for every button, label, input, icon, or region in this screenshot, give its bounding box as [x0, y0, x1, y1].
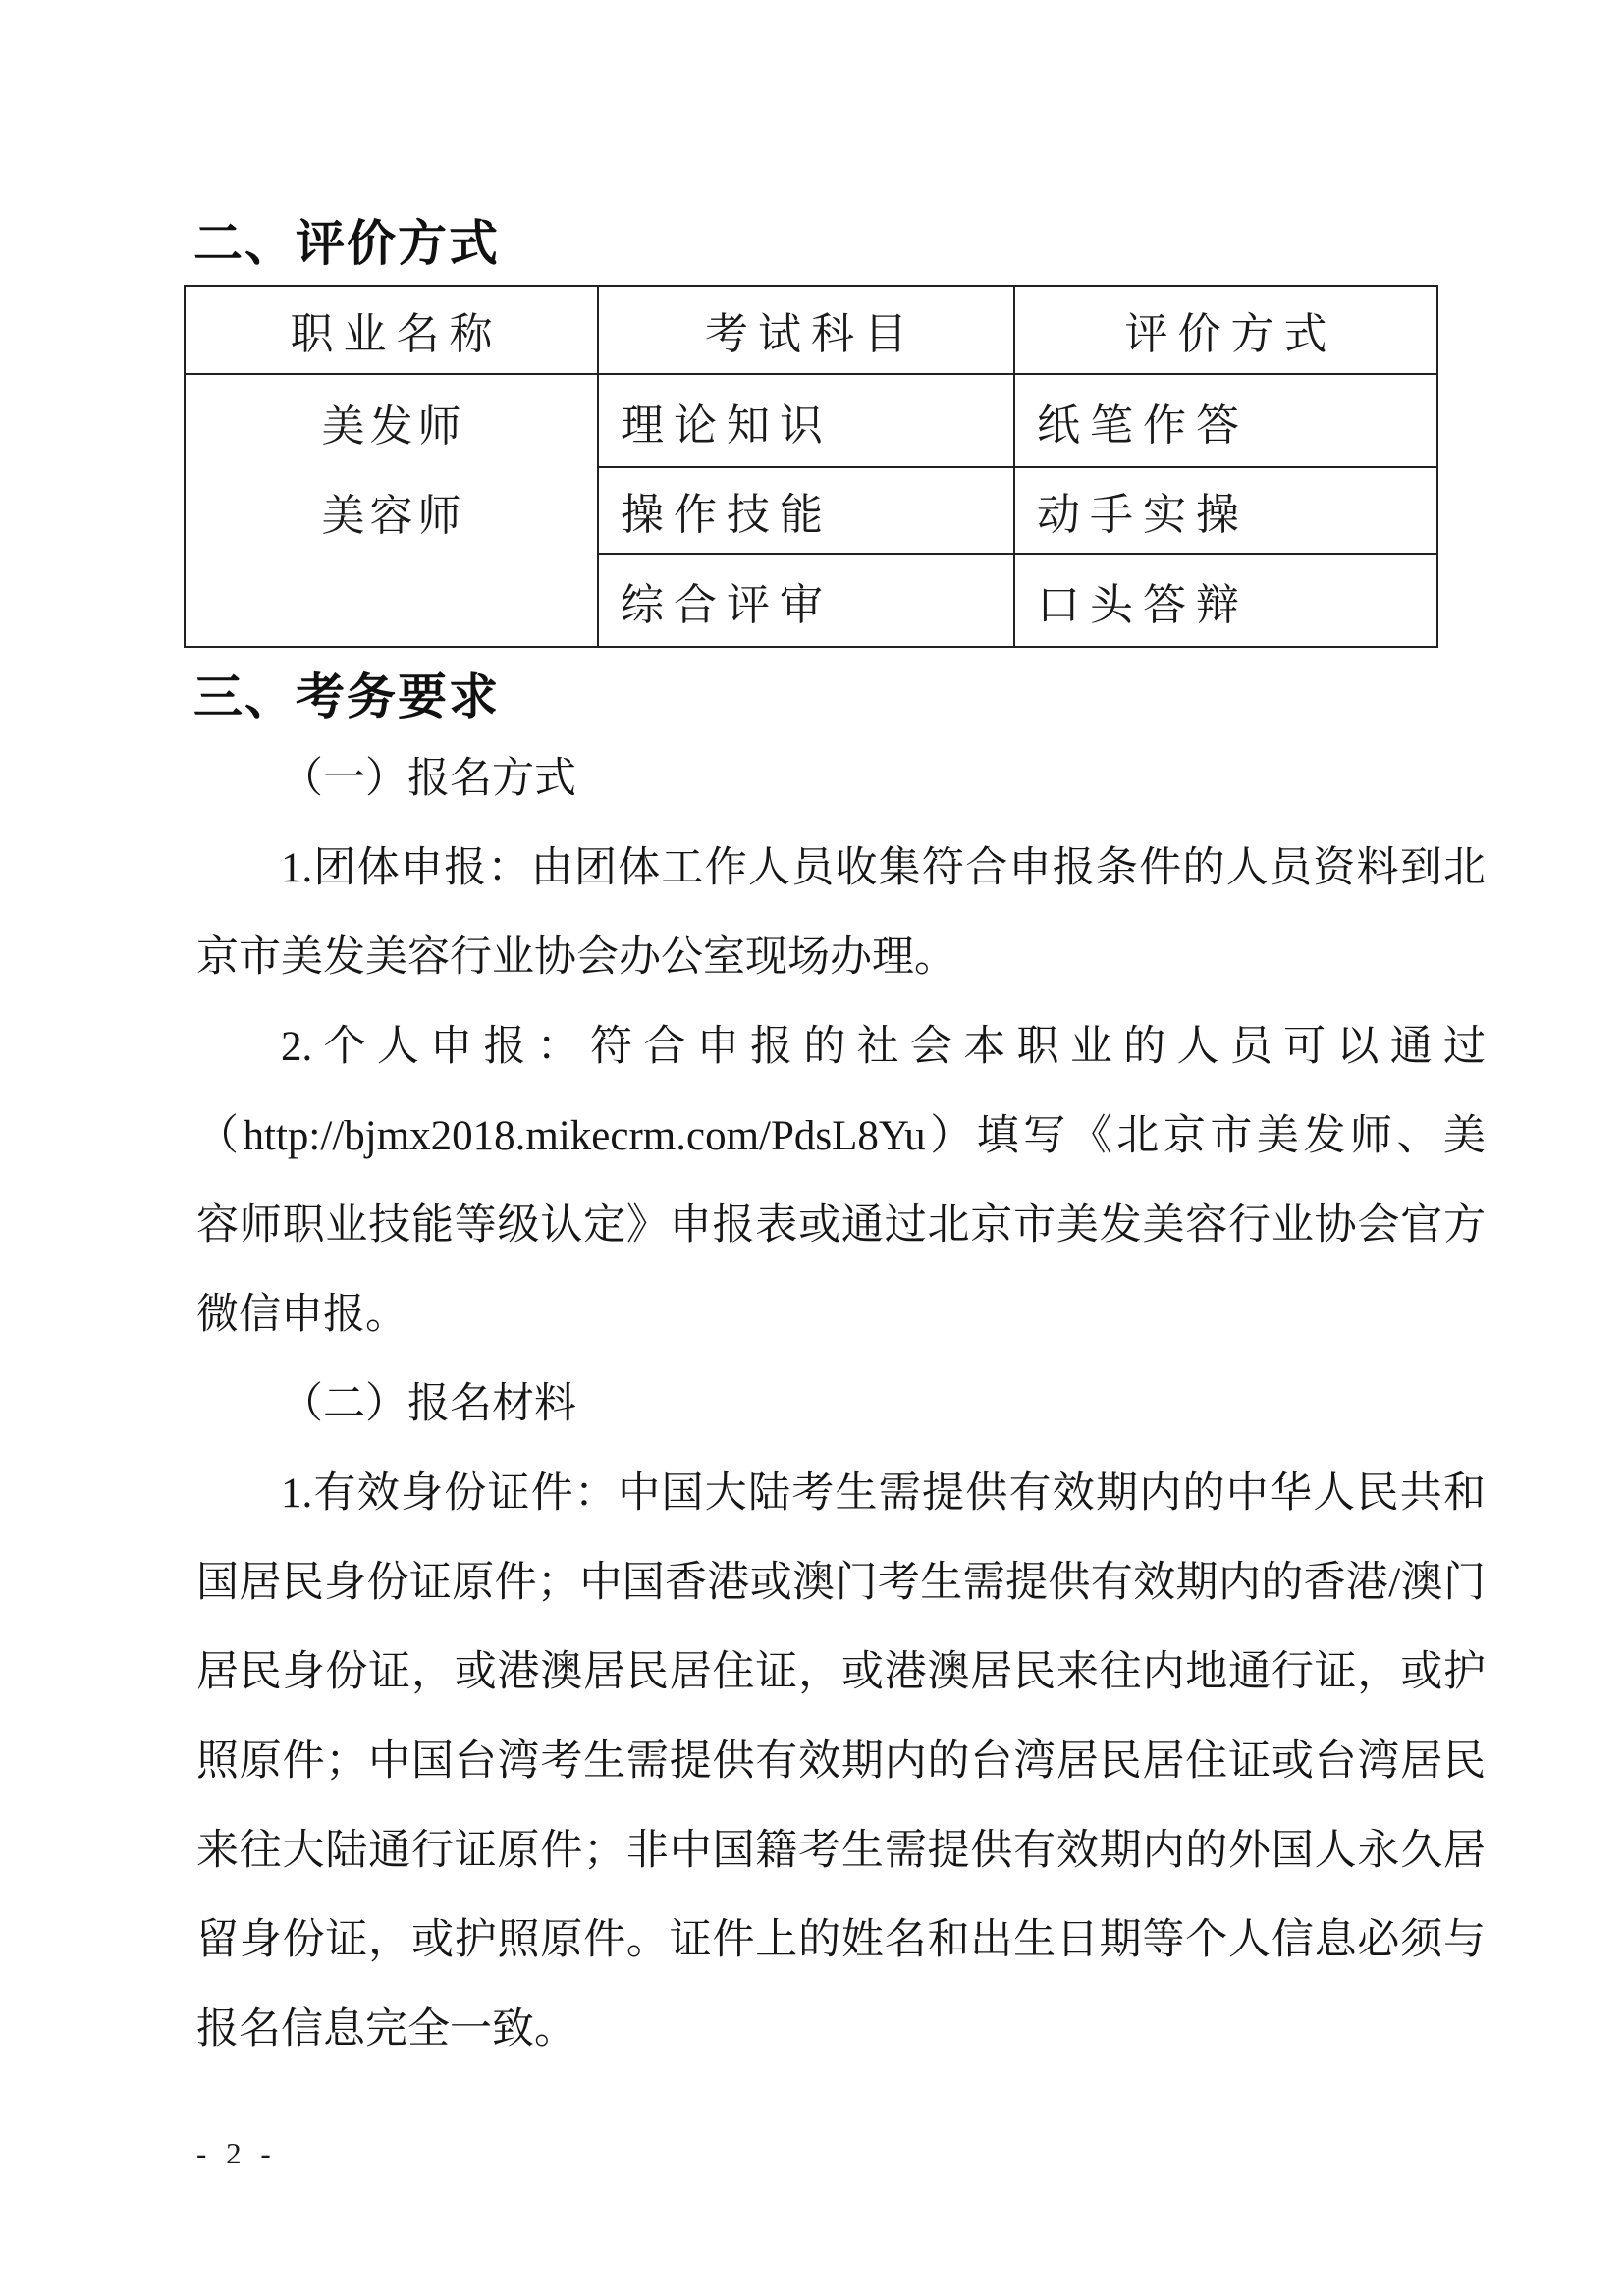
evaluation-method-table: 职业名称 考试科目 评价方式 美发师 美容师 理论知识 纸笔作答 操作技能 [184, 285, 1438, 648]
occupation-hairdresser: 美发师 [186, 375, 597, 468]
body-line: 容师职业技能等级认定》申报表或通过北京市美发美容行业协会官方 [196, 1181, 1486, 1270]
table-header-subject: 考试科目 [599, 287, 1015, 375]
table-cell-method: 口头答辩 [1015, 555, 1436, 646]
table-cell-occupations: 美发师 美容师 [186, 375, 599, 646]
body-line: 2.个人申报：符合申报的社会本职业的人员可以通过 [196, 1002, 1486, 1092]
table-header-label: 考试科目 [705, 298, 917, 361]
body-line: 京市美发美容行业协会办公室现场办理。 [196, 913, 1486, 1002]
table-header-label: 评价方式 [1125, 298, 1337, 361]
body-line: 国居民身份证原件；中国香港或澳门考生需提供有效期内的香港/澳门 [196, 1538, 1486, 1628]
body-line: 微信申报。 [196, 1270, 1486, 1360]
subheading-registration-materials: （二）报名材料 [196, 1360, 1486, 1449]
table-cell-subject: 综合评审 [599, 555, 1015, 646]
table-cell-method: 动手实操 [1015, 468, 1436, 555]
occupation-empty [186, 555, 597, 646]
body-line: 照原件；中国台湾考生需提供有效期内的台湾居民居住证或台湾居民 [196, 1717, 1486, 1806]
table-header-label: 职业名称 [291, 298, 503, 361]
body-line-url: （http://bjmx2018.mikecrm.com/PdsL8Yu）填写《… [196, 1092, 1486, 1181]
body-text: （一）报名方式 1.团体申报：由团体工作人员收集符合申报条件的人员资料到北 京市… [196, 734, 1486, 2074]
table-header-occupation: 职业名称 [186, 287, 599, 375]
body-line: 留身份证，或护照原件。证件上的姓名和出生日期等个人信息必须与 [196, 1896, 1486, 1985]
section-heading-exam-requirements: 三、考务要求 [193, 670, 500, 723]
page-number: - 2 - [196, 2132, 277, 2175]
body-line: 来往大陆通行证原件；非中国籍考生需提供有效期内的外国人永久居 [196, 1806, 1486, 1896]
table-header-method: 评价方式 [1015, 287, 1436, 375]
occupation-beautician: 美容师 [186, 468, 597, 555]
body-line: 1.有效身份证件：中国大陆考生需提供有效期内的中华人民共和 [196, 1449, 1486, 1538]
body-line: 居民身份证，或港澳居民居住证，或港澳居民来往内地通行证，或护 [196, 1628, 1486, 1717]
body-line: 1.团体申报：由团体工作人员收集符合申报条件的人员资料到北 [196, 824, 1486, 913]
table-cell-subject: 理论知识 [599, 375, 1015, 468]
subheading-registration-method: （一）报名方式 [196, 734, 1486, 824]
document-page: 二、评价方式 职业名称 考试科目 评价方式 美发师 美容师 理论知识 纸笔作答 [0, 0, 1624, 2296]
table-cell-subject: 操作技能 [599, 468, 1015, 555]
table-cell-method: 纸笔作答 [1015, 375, 1436, 468]
body-line: 报名信息完全一致。 [196, 1985, 1486, 2074]
section-heading-evaluation: 二、评价方式 [193, 217, 500, 270]
